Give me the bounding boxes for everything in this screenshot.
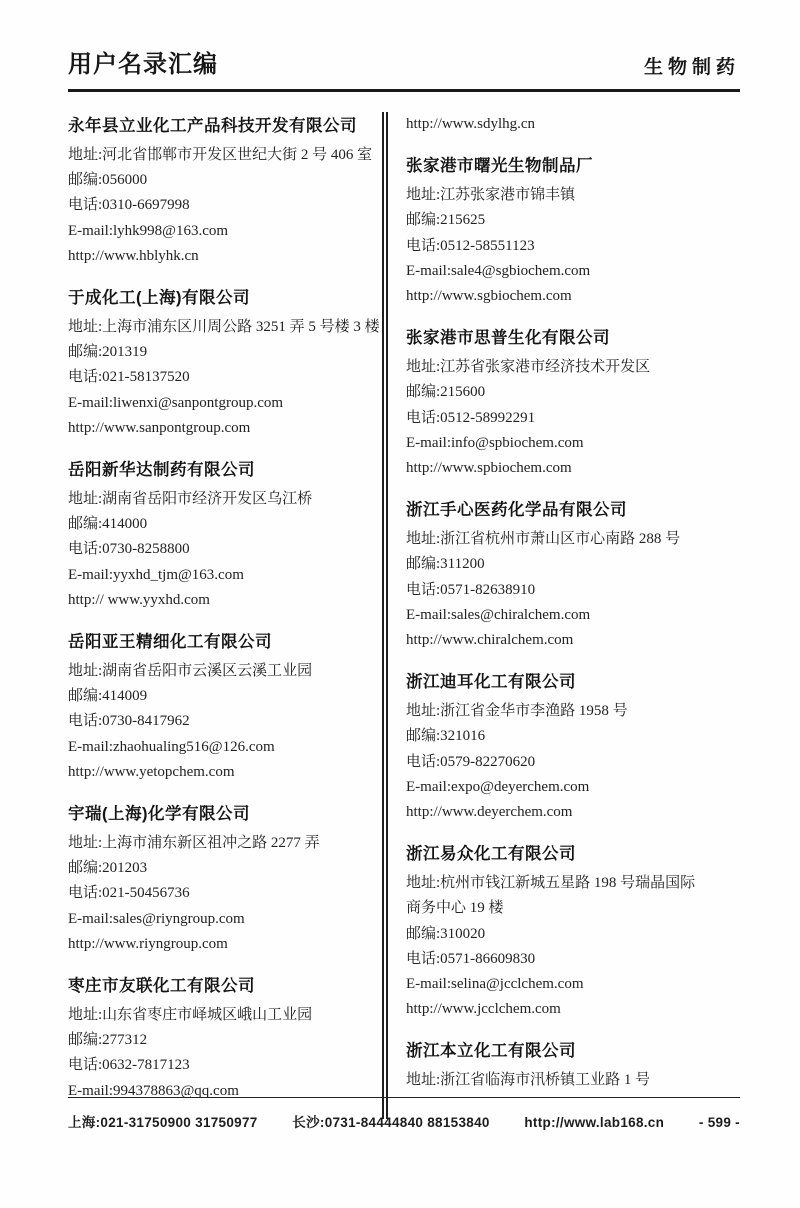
contact-line: http://www.hblyhk.cn	[68, 244, 370, 269]
contact-line: 电话:0310-6697998	[68, 193, 370, 218]
company-name: 岳阳新华达制药有限公司	[68, 456, 370, 484]
company-name: 永年县立业化工产品科技开发有限公司	[68, 112, 370, 140]
company-name: 岳阳亚王精细化工有限公司	[68, 628, 370, 656]
contact-line: 地址:浙江省杭州市萧山区市心南路 288 号	[406, 527, 740, 552]
contact-line: E-mail:zhaohualing516@126.com	[68, 735, 370, 760]
footer-changsha-contact: 长沙:0731-84444840 88153840	[292, 1111, 489, 1131]
contact-line: 商务中心 19 楼	[406, 896, 740, 921]
contact-line: 邮编:310020	[406, 922, 740, 947]
company-block: 张家港市思普生化有限公司地址:江苏省张家港市经济技术开发区邮编:215600电话…	[406, 324, 740, 481]
right-column: http://www.sdylhg.cn张家港市曙光生物制品厂地址:江苏张家港市…	[388, 112, 740, 1119]
company-name: 宇瑞(上海)化学有限公司	[68, 800, 370, 828]
left-column: 永年县立业化工产品科技开发有限公司地址:河北省邯郸市开发区世纪大街 2 号 40…	[68, 112, 382, 1119]
contact-line: 电话:021-58137520	[68, 365, 370, 390]
contact-line: http://www.deyerchem.com	[406, 800, 740, 825]
contact-line: 地址:湖南省岳阳市经济开发区乌江桥	[68, 487, 370, 512]
contact-line: http://www.sanpontgroup.com	[68, 416, 370, 441]
contact-line: http://www.jcclchem.com	[406, 997, 740, 1022]
contact-line: E-mail:sale4@sgbiochem.com	[406, 259, 740, 284]
contact-line: E-mail:selina@jcclchem.com	[406, 972, 740, 997]
company-name: 浙江迪耳化工有限公司	[406, 668, 740, 696]
page-footer: 上海:021-31750900 31750977 长沙:0731-8444484…	[68, 1097, 740, 1131]
section-title: 生物制药	[644, 52, 740, 79]
contact-line: http:// www.yyxhd.com	[68, 588, 370, 613]
contact-line: 地址:上海市浦东区川周公路 3251 弄 5 号楼 3 楼	[68, 315, 370, 340]
contact-line: E-mail:sales@riyngroup.com	[68, 907, 370, 932]
company-block: 张家港市曙光生物制品厂地址:江苏张家港市锦丰镇邮编:215625电话:0512-…	[406, 152, 740, 309]
company-block: 岳阳新华达制药有限公司地址:湖南省岳阳市经济开发区乌江桥邮编:414000电话:…	[68, 456, 370, 613]
contact-line: 地址:浙江省临海市汛桥镇工业路 1 号	[406, 1068, 740, 1093]
page-title: 用户名录汇编	[68, 44, 218, 79]
contact-line: 电话:0730-8417962	[68, 709, 370, 734]
contact-line: 邮编:311200	[406, 552, 740, 577]
contact-line: E-mail:expo@deyerchem.com	[406, 775, 740, 800]
contact-line: E-mail:sales@chiralchem.com	[406, 603, 740, 628]
contact-line: 地址:江苏张家港市锦丰镇	[406, 183, 740, 208]
contact-line: http://www.yetopchem.com	[68, 760, 370, 785]
contact-line: 邮编:215625	[406, 208, 740, 233]
company-name: 枣庄市友联化工有限公司	[68, 972, 370, 1000]
contact-line: E-mail:info@spbiochem.com	[406, 431, 740, 456]
company-block: 浙江手心医药化学品有限公司地址:浙江省杭州市萧山区市心南路 288 号邮编:31…	[406, 496, 740, 653]
contact-line: 地址:山东省枣庄市峄城区峨山工业园	[68, 1003, 370, 1028]
company-block: 枣庄市友联化工有限公司地址:山东省枣庄市峄城区峨山工业园邮编:277312电话:…	[68, 972, 370, 1104]
contact-line: 邮编:277312	[68, 1028, 370, 1053]
company-block: 浙江迪耳化工有限公司地址:浙江省金华市李渔路 1958 号邮编:321016电话…	[406, 668, 740, 825]
contact-line: 邮编:414009	[68, 684, 370, 709]
contact-line: 邮编:321016	[406, 724, 740, 749]
contact-line: 电话:0512-58992291	[406, 406, 740, 431]
contact-line: 邮编:215600	[406, 380, 740, 405]
contact-line: 地址:江苏省张家港市经济技术开发区	[406, 355, 740, 380]
company-name: 于成化工(上海)有限公司	[68, 284, 370, 312]
contact-line: http://www.riyngroup.com	[68, 932, 370, 957]
company-block: 浙江本立化工有限公司地址:浙江省临海市汛桥镇工业路 1 号	[406, 1037, 740, 1093]
company-block: http://www.sdylhg.cn	[406, 112, 740, 137]
company-name: 张家港市思普生化有限公司	[406, 324, 740, 352]
contact-line: 邮编:056000	[68, 168, 370, 193]
company-block: 永年县立业化工产品科技开发有限公司地址:河北省邯郸市开发区世纪大街 2 号 40…	[68, 112, 370, 269]
contact-line: 地址:上海市浦东新区祖冲之路 2277 弄	[68, 831, 370, 856]
contact-line: 邮编:201319	[68, 340, 370, 365]
contact-line: 电话:0579-82270620	[406, 750, 740, 775]
directory-content: 永年县立业化工产品科技开发有限公司地址:河北省邯郸市开发区世纪大街 2 号 40…	[68, 112, 740, 1119]
contact-line: http://www.chiralchem.com	[406, 628, 740, 653]
contact-line: 电话:0512-58551123	[406, 234, 740, 259]
company-block: 于成化工(上海)有限公司地址:上海市浦东区川周公路 3251 弄 5 号楼 3 …	[68, 284, 370, 441]
contact-line: 地址:河北省邯郸市开发区世纪大街 2 号 406 室	[68, 143, 370, 168]
company-name: 浙江本立化工有限公司	[406, 1037, 740, 1065]
contact-line: 地址:浙江省金华市李渔路 1958 号	[406, 699, 740, 724]
company-name: 浙江易众化工有限公司	[406, 840, 740, 868]
contact-line: 邮编:414000	[68, 512, 370, 537]
contact-line: 电话:0571-82638910	[406, 578, 740, 603]
contact-line: 地址:湖南省岳阳市云溪区云溪工业园	[68, 659, 370, 684]
contact-line: E-mail:liwenxi@sanpontgroup.com	[68, 391, 370, 416]
contact-line: 邮编:201203	[68, 856, 370, 881]
contact-line: E-mail:yyxhd_tjm@163.com	[68, 563, 370, 588]
contact-line: 电话:0632-7817123	[68, 1053, 370, 1078]
contact-line: http://www.spbiochem.com	[406, 456, 740, 481]
contact-line: 电话:0730-8258800	[68, 537, 370, 562]
contact-line: 地址:杭州市钱江新城五星路 198 号瑞晶国际	[406, 871, 740, 896]
company-name: 浙江手心医药化学品有限公司	[406, 496, 740, 524]
company-block: 岳阳亚王精细化工有限公司地址:湖南省岳阳市云溪区云溪工业园邮编:414009电话…	[68, 628, 370, 785]
contact-line: 电话:0571-86609830	[406, 947, 740, 972]
contact-line: http://www.sdylhg.cn	[406, 112, 740, 137]
footer-page-number: - 599 -	[699, 1115, 740, 1130]
company-block: 浙江易众化工有限公司地址:杭州市钱江新城五星路 198 号瑞晶国际商务中心 19…	[406, 840, 740, 1022]
page-header: 用户名录汇编 生物制药	[68, 44, 740, 92]
footer-shanghai-contact: 上海:021-31750900 31750977	[68, 1111, 258, 1131]
contact-line: 电话:021-50456736	[68, 881, 370, 906]
contact-line: http://www.sgbiochem.com	[406, 284, 740, 309]
company-name: 张家港市曙光生物制品厂	[406, 152, 740, 180]
company-block: 宇瑞(上海)化学有限公司地址:上海市浦东新区祖冲之路 2277 弄邮编:2012…	[68, 800, 370, 957]
contact-line: E-mail:lyhk998@163.com	[68, 219, 370, 244]
directory-page: 用户名录汇编 生物制药 永年县立业化工产品科技开发有限公司地址:河北省邯郸市开发…	[0, 0, 800, 1208]
footer-website: http://www.lab168.cn	[524, 1115, 664, 1130]
